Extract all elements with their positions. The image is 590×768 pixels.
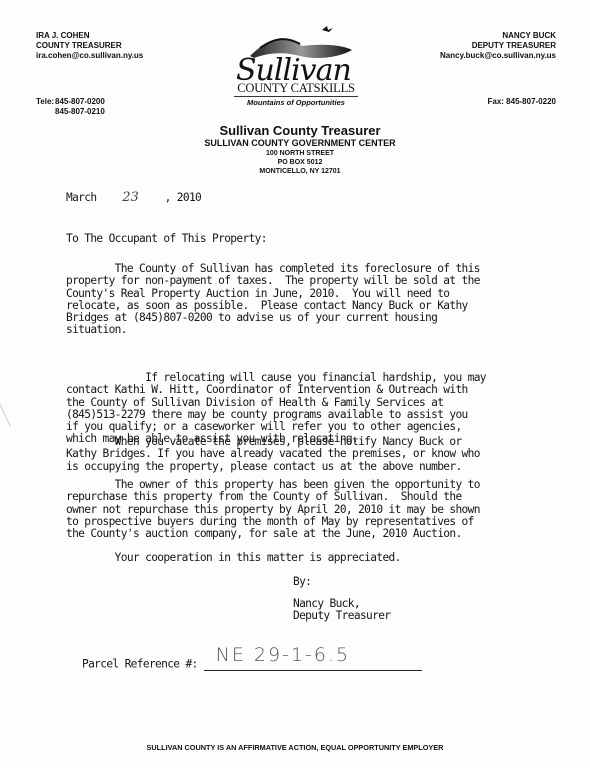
paragraph-vacate: When you vacate the premises, please not… xyxy=(66,436,480,473)
address-street: 100 NORTH STREET xyxy=(150,149,450,158)
fax-number: Fax: 845-807-0220 xyxy=(488,97,557,107)
deputy-title: DEPUTY TREASURER xyxy=(440,41,556,51)
mountain-bird-icon: Sullivan xyxy=(230,22,360,84)
address-city: MONTICELLO, NY 12701 xyxy=(150,167,450,176)
sullivan-county-logo: Sullivan COUNTY CATSKILLS Mountains of O… xyxy=(230,22,360,110)
parcel-reference: Parcel Reference #:NE 29-1-6.5 xyxy=(82,658,422,671)
treasurer-name: IRA J. COHEN xyxy=(36,31,143,41)
deputy-email: Nancy.buck@co.sullivan.ny.us xyxy=(440,51,556,61)
letter-date: March 23 , 2010 xyxy=(66,192,201,204)
logo-county-text: COUNTY CATSKILLS xyxy=(234,82,358,97)
scan-mark xyxy=(0,401,11,427)
parcel-value-handwritten: NE 29-1-6.5 xyxy=(216,649,350,661)
office-title: Sullivan County Treasurer xyxy=(150,123,450,138)
paragraph-closing: Your cooperation in this matter is appre… xyxy=(66,552,401,564)
address-po-box: PO BOX 5012 xyxy=(150,158,450,167)
tele-number-1: 845-807-0200 xyxy=(55,97,105,107)
deputy-contact: NANCY BUCK DEPUTY TREASURER Nancy.buck@c… xyxy=(440,31,556,61)
date-month: March xyxy=(66,191,103,204)
tele-number-2: 845-807-0210 xyxy=(55,107,105,117)
parcel-line: NE 29-1-6.5 xyxy=(204,658,422,671)
deputy-name: NANCY BUCK xyxy=(440,31,556,41)
office-address-block: Sullivan County Treasurer SULLIVAN COUNT… xyxy=(150,123,450,176)
treasurer-title: COUNTY TREASURER xyxy=(36,41,143,51)
svg-text:Sullivan: Sullivan xyxy=(236,53,351,84)
treasurer-contact: IRA J. COHEN COUNTY TREASURER ira.cohen@… xyxy=(36,31,143,61)
footer-eoe-statement: SULLIVAN COUNTY IS AN AFFIRMATIVE ACTION… xyxy=(0,743,590,752)
paragraph-repurchase: The owner of this property has been give… xyxy=(66,479,480,540)
by-label: By: xyxy=(293,576,311,588)
telephone-block: Tele:845-807-0200 845-807-0210 xyxy=(36,97,105,117)
logo-tagline: Mountains of Opportunities xyxy=(230,98,362,107)
treasurer-email: ira.cohen@co.sullivan.ny.us xyxy=(36,51,143,61)
parcel-label: Parcel Reference #: xyxy=(82,658,198,671)
salutation: To The Occupant of This Property: xyxy=(66,233,267,245)
signer-title: Deputy Treasurer xyxy=(293,610,390,622)
date-year: , 2010 xyxy=(159,191,202,204)
government-center: SULLIVAN COUNTY GOVERNMENT CENTER xyxy=(150,138,450,149)
tele-label: Tele: xyxy=(36,97,55,107)
signature-block: Nancy Buck,Deputy Treasurer xyxy=(293,598,390,623)
date-day-handwritten: 23 xyxy=(103,192,159,204)
paragraph-foreclosure: The County of Sullivan has completed its… xyxy=(66,263,480,337)
